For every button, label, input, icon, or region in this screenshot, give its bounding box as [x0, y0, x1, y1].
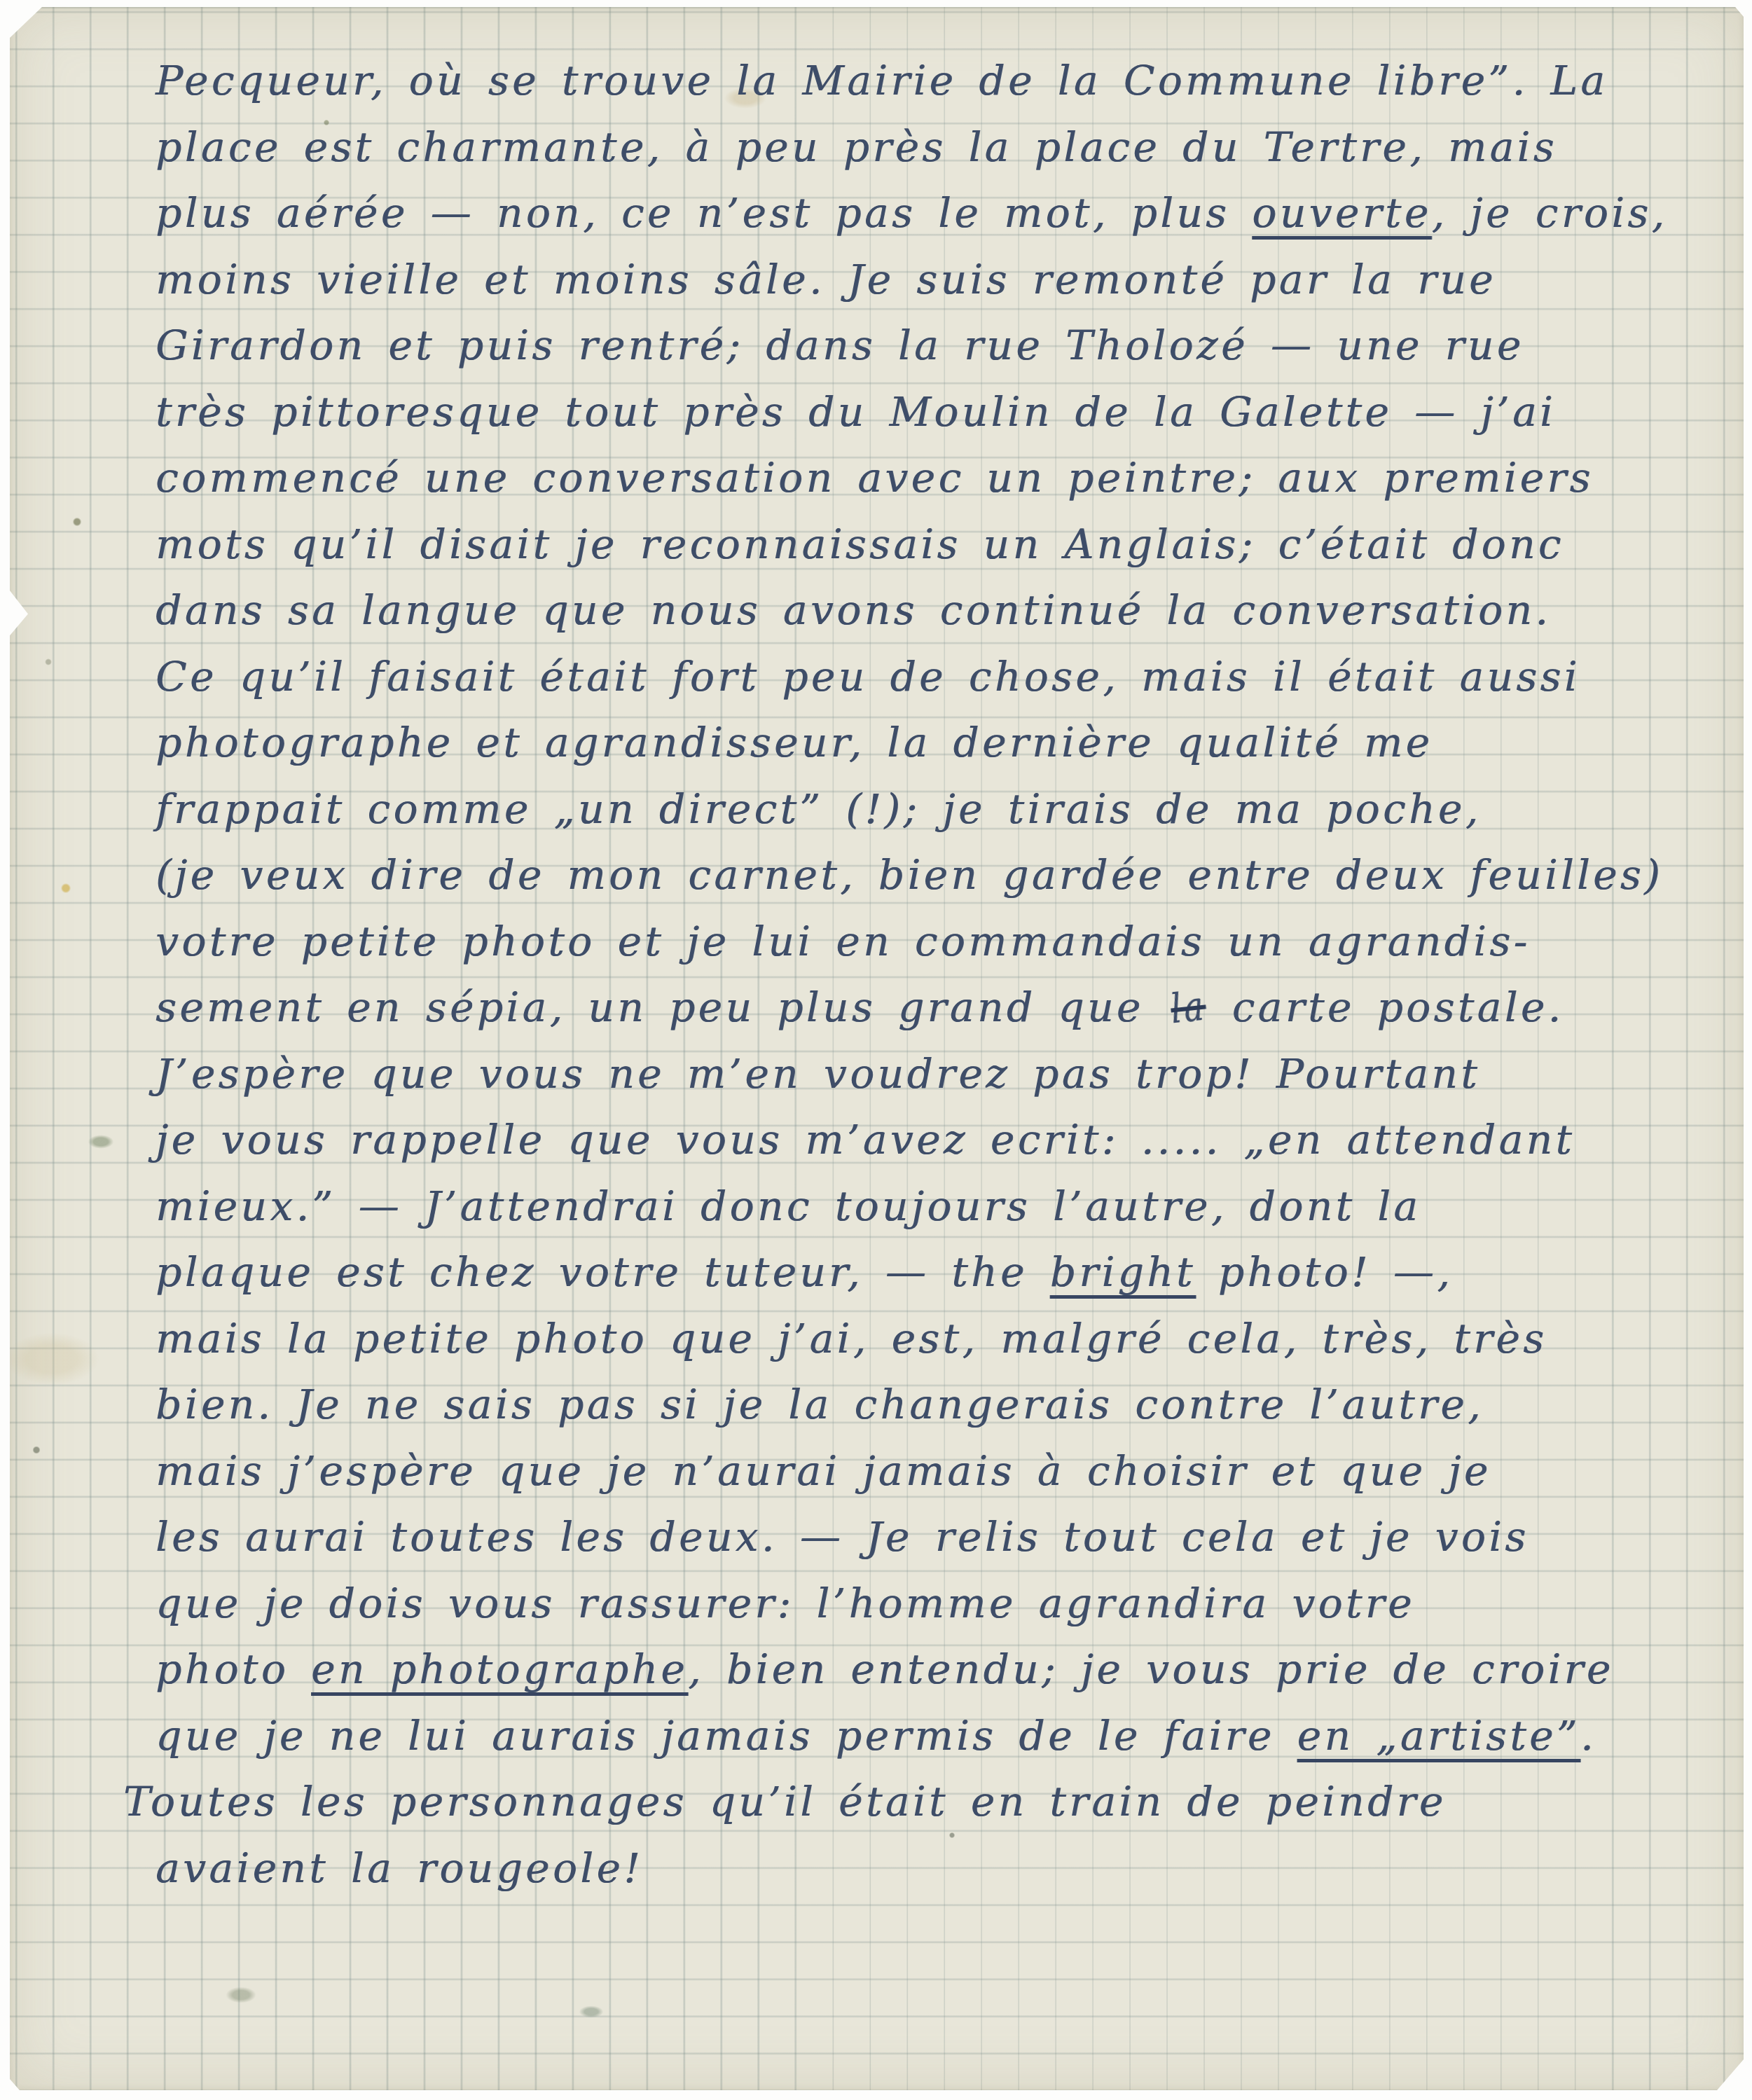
letter-line: place est charmante, à peu près la place… — [156, 114, 1732, 181]
text-segment: J’espère que vous ne m’en voudrez pas tr… — [156, 1050, 1480, 1098]
letter-line: mieux.” — J’attendrai donc toujours l’au… — [156, 1173, 1732, 1240]
letter-line: Girardon et puis rentré; dans la rue Tho… — [156, 312, 1732, 379]
text-segment: frappait comme „un direct” (!); je tirai… — [156, 785, 1482, 833]
text-segment: Ce qu’il faisait était fort peu de chose… — [156, 653, 1580, 700]
underlined-text: ouverte — [1252, 189, 1431, 237]
text-segment: , je crois, — [1432, 189, 1668, 237]
underlined-text: en „artiste” — [1297, 1712, 1580, 1760]
scan-background: { "document": { "kind": "handwritten-let… — [0, 0, 1752, 2100]
text-segment: carte postale. — [1210, 983, 1564, 1031]
letter-line: commencé une conversation avec un peintr… — [156, 445, 1732, 511]
letter-line: photo en photographe, bien entendu; je v… — [156, 1636, 1732, 1703]
text-segment: plus aérée — non, ce n’est pas le mot, p… — [156, 189, 1252, 237]
letter-line: très pittoresque tout près du Moulin de … — [156, 379, 1732, 445]
letter-lines: Pecqueur, où se trouve la Mairie de la C… — [156, 48, 1732, 1901]
text-segment: (je veux dire de mon carnet, bien gardée… — [156, 851, 1663, 899]
text-segment: Pecqueur, où se trouve la Mairie de la C… — [156, 57, 1608, 104]
letter-line: mais j’espère que je n’aurai jamais à ch… — [156, 1438, 1732, 1505]
letter-line: Ce qu’il faisait était fort peu de chose… — [156, 644, 1732, 710]
text-segment: mais la petite photo que j’ai, est, malg… — [156, 1315, 1547, 1362]
text-segment: votre petite photo et je lui en commanda… — [156, 918, 1531, 965]
text-segment: Toutes les personnages qu’il était en tr… — [123, 1778, 1447, 1825]
letter-line: avaient la rougeole! — [156, 1835, 1732, 1902]
text-segment: place est charmante, à peu près la place… — [156, 123, 1557, 171]
text-segment: plaque est chez votre tuteur, — the — [156, 1248, 1050, 1296]
text-segment: je vous rappelle que vous m’avez ecrit: … — [156, 1116, 1575, 1163]
letter-line: plus aérée — non, ce n’est pas le mot, p… — [156, 180, 1732, 247]
letter-line: J’espère que vous ne m’en voudrez pas tr… — [156, 1041, 1732, 1107]
letter-line: dans sa langue que nous avons continué l… — [156, 577, 1732, 644]
letter-line: votre petite photo et je lui en commanda… — [156, 909, 1732, 975]
text-segment: photo — [156, 1645, 311, 1693]
letter-line: bien. Je ne sais pas si je la changerais… — [156, 1372, 1732, 1438]
text-segment: avaient la rougeole! — [156, 1844, 643, 1892]
text-segment: dans sa langue que nous avons continué l… — [156, 586, 1551, 634]
text-segment: que je ne lui aurais jamais permis de le… — [156, 1712, 1297, 1760]
letter-line: Toutes les personnages qu’il était en tr… — [123, 1769, 1732, 1835]
letter-line: sement en sépia, un peu plus grand que l… — [156, 974, 1732, 1041]
letter-line: frappait comme „un direct” (!); je tirai… — [156, 776, 1732, 843]
text-segment: bien. Je ne sais pas si je la changerais… — [156, 1381, 1484, 1428]
letter-line: les aurai toutes les deux. — Je relis to… — [156, 1504, 1732, 1570]
text-segment: mais j’espère que je n’aurai jamais à ch… — [156, 1447, 1491, 1495]
letter-line: plaque est chez votre tuteur, — the brig… — [156, 1239, 1732, 1306]
underlined-text: bright — [1050, 1248, 1196, 1296]
letter-line: que je dois vous rassurer: l’homme agran… — [156, 1570, 1732, 1637]
text-segment: que je dois vous rassurer: l’homme agran… — [156, 1580, 1415, 1627]
underlined-text: en photographe — [311, 1645, 688, 1693]
text-segment: mots qu’il disait je reconnaissais un An… — [156, 520, 1564, 568]
text-segment: sement en sépia, un peu plus grand que — [156, 983, 1166, 1031]
letter-line: mots qu’il disait je reconnaissais un An… — [156, 511, 1732, 578]
letter-line: je vous rappelle que vous m’avez ecrit: … — [156, 1107, 1732, 1173]
letter-paper: Pecqueur, où se trouve la Mairie de la C… — [10, 7, 1744, 2090]
text-segment: commencé une conversation avec un peintr… — [156, 454, 1594, 502]
text-segment: Girardon et puis rentré; dans la rue Tho… — [156, 322, 1524, 369]
text-segment: moins vieille et moins sâle. Je suis rem… — [156, 256, 1496, 303]
letter-line: mais la petite photo que j’ai, est, malg… — [156, 1306, 1732, 1372]
letter-line: photographe et agrandisseur, la dernière… — [156, 710, 1732, 776]
text-segment: mieux.” — J’attendrai donc toujours l’au… — [156, 1182, 1421, 1230]
letter-line: (je veux dire de mon carnet, bien gardée… — [156, 842, 1732, 909]
text-segment: les aurai toutes les deux. — Je relis to… — [156, 1513, 1529, 1561]
text-segment: . — [1580, 1712, 1596, 1760]
letter-line: Pecqueur, où se trouve la Mairie de la C… — [156, 48, 1732, 114]
struck-out-text: la — [1167, 973, 1208, 1042]
text-segment: photo! —, — [1196, 1248, 1453, 1296]
letter-line: que je ne lui aurais jamais permis de le… — [156, 1703, 1732, 1769]
text-segment: photographe et agrandisseur, la dernière… — [156, 719, 1433, 766]
letter-line: moins vieille et moins sâle. Je suis rem… — [156, 247, 1732, 313]
text-segment: , bien entendu; je vous prie de croire — [688, 1645, 1614, 1693]
text-segment: très pittoresque tout près du Moulin de … — [156, 388, 1556, 436]
